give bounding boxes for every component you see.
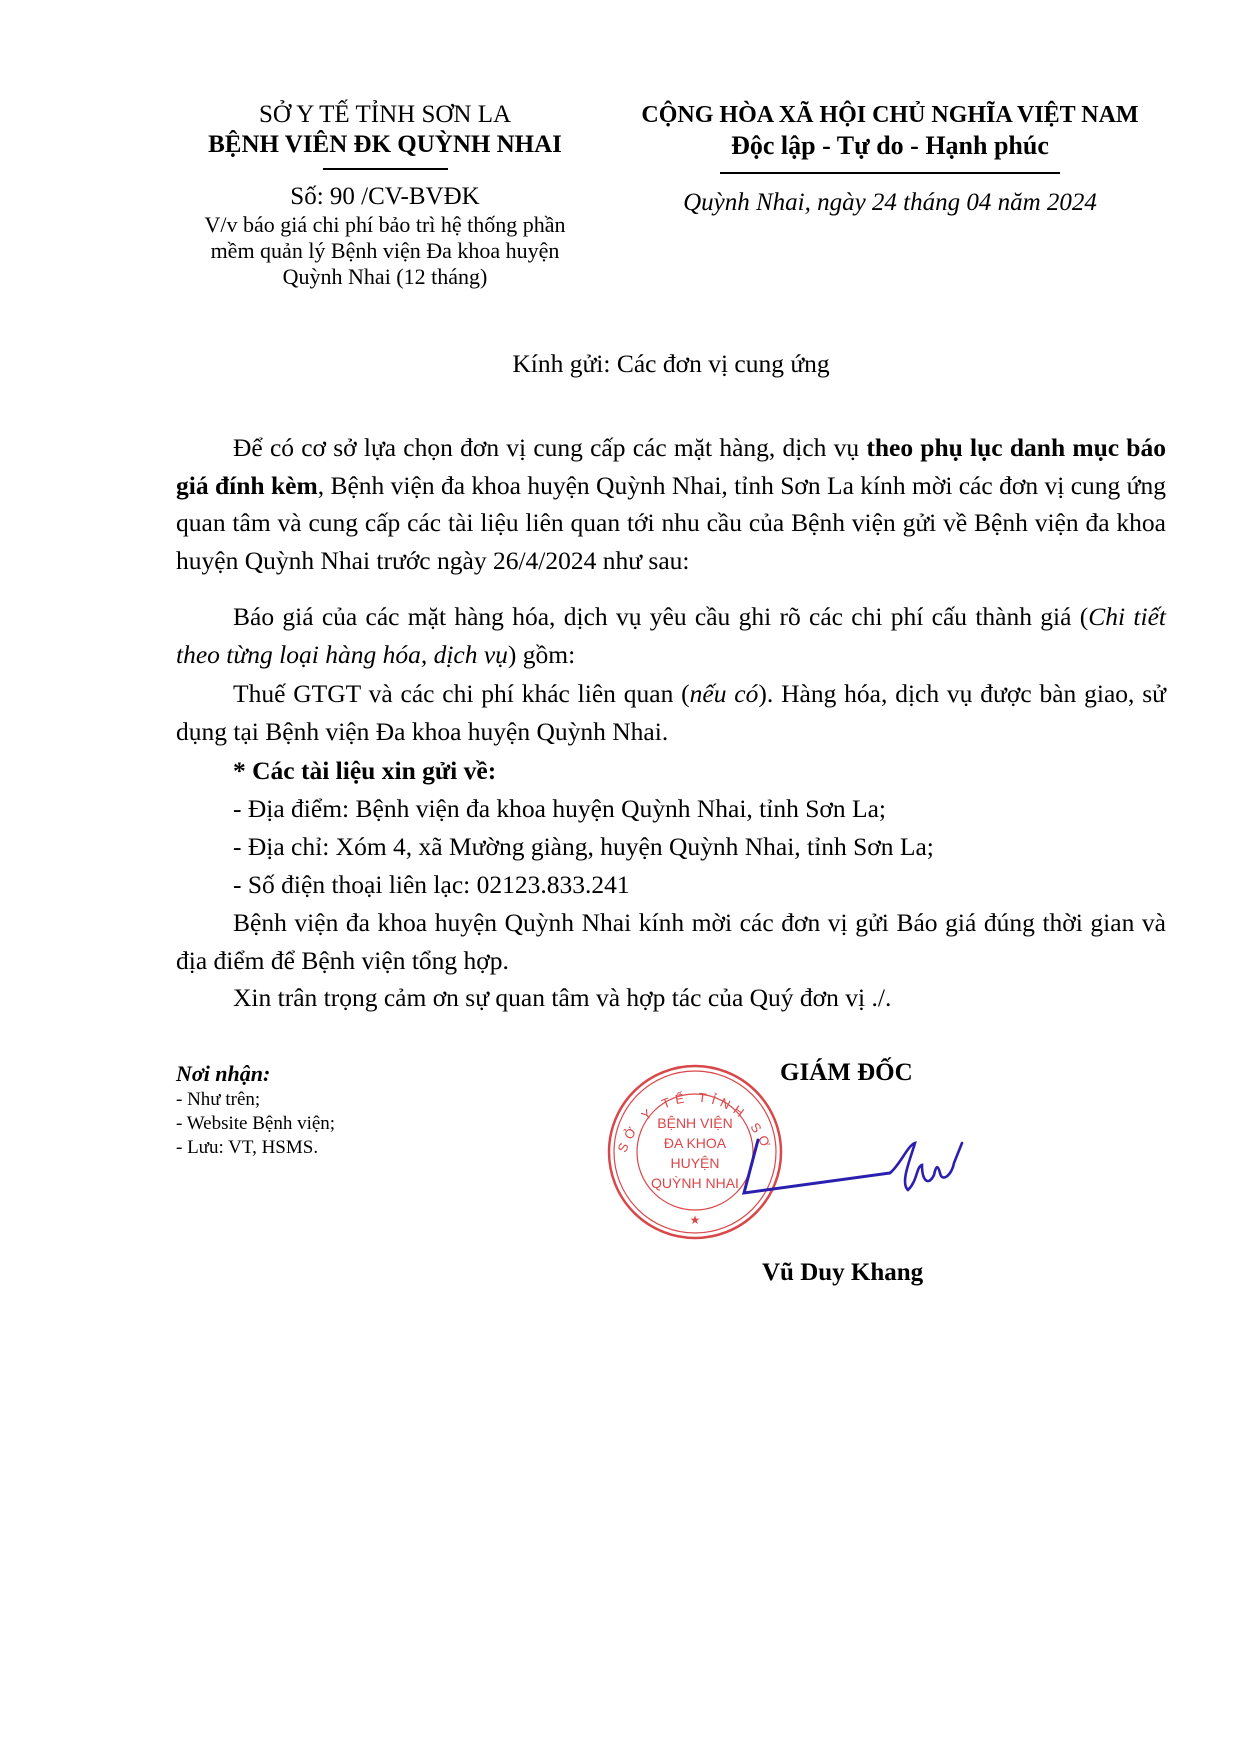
national-motto: Độc lập - Tự do - Hạnh phúc (620, 130, 1160, 162)
documents-heading: * Các tài liệu xin gửi về: (233, 752, 496, 790)
subject-line: Quỳnh Nhai (12 tháng) (150, 264, 620, 290)
svg-text:QUỲNH NHAI: QUỲNH NHAI (651, 1175, 739, 1191)
hospital-name: BỆNH VIÊN ĐK QUỲNH NHAI (150, 130, 620, 160)
recipient-item: - Lưu: VT, HSMS. (176, 1136, 335, 1160)
address-line: - Địa chỉ: Xóm 4, xã Mường giàng, huyện … (233, 828, 934, 866)
salutation: Kính gửi: Các đơn vị cung ứng (176, 348, 1166, 380)
location-line: - Địa điểm: Bệnh viện đa khoa huyện Quỳn… (233, 790, 886, 828)
signer-name: Vũ Duy Khang (762, 1258, 923, 1288)
paragraph-intro: Để có cơ sở lựa chọn đơn vị cung cấp các… (176, 429, 1166, 579)
document-number: Số: 90 /CV-BVĐK (150, 182, 620, 212)
svg-text:★: ★ (690, 1213, 701, 1227)
signer-position: GIÁM ĐỐC (780, 1058, 913, 1088)
text: Thuế GTGT và các chi phí khác liên quan … (233, 679, 690, 708)
svg-text:BỆNH VIỆN: BỆNH VIỆN (657, 1115, 732, 1131)
recipients-block: Nơi nhận: - Như trên; - Website Bệnh việ… (176, 1060, 335, 1160)
closing-line: Xin trân trọng cảm ơn sự quan tâm và hợp… (233, 979, 891, 1017)
paragraph-invitation: Bệnh viện đa khoa huyện Quỳnh Nhai kính … (176, 904, 1166, 979)
text: , Bệnh viện đa khoa huyện Quỳnh Nhai, tỉ… (176, 471, 1166, 575)
text: Để có cơ sở lựa chọn đơn vị cung cấp các… (233, 433, 866, 462)
issuing-agency-block: SỞ Y TẾ TỈNH SƠN LA BỆNH VIÊN ĐK QUỲNH N… (150, 100, 620, 290)
agency-name: SỞ Y TẾ TỈNH SƠN LA (150, 100, 620, 130)
recipients-title: Nơi nhận: (176, 1060, 335, 1088)
nation-name: CỘNG HÒA XÃ HỘI CHỦ NGHĨA VIỆT NAM (620, 100, 1160, 130)
text: ) gồm: (508, 640, 575, 669)
paragraph-quote-requirements: Báo giá của các mặt hàng hóa, dịch vụ yê… (176, 598, 1166, 673)
divider (323, 168, 448, 170)
text: Báo giá của các mặt hàng hóa, dịch vụ yê… (233, 602, 1088, 631)
phone-line: - Số điện thoại liên lạc: 02123.833.241 (233, 866, 630, 904)
paragraph-vat: Thuế GTGT và các chi phí khác liên quan … (176, 675, 1166, 750)
national-header-block: CỘNG HÒA XÃ HỘI CHỦ NGHĨA VIỆT NAM Độc l… (620, 100, 1160, 218)
subject-line: mềm quản lý Bệnh viện Đa khoa huyện (150, 238, 620, 264)
subject-line: V/v báo giá chi phí bảo trì hệ thống phầ… (150, 212, 620, 238)
recipient-item: - Như trên; (176, 1088, 335, 1112)
italic-note: nếu có (690, 679, 759, 708)
svg-text:ĐA KHOA: ĐA KHOA (664, 1135, 727, 1151)
place-date: Quỳnh Nhai, ngày 24 tháng 04 năm 2024 (620, 188, 1160, 218)
divider (720, 172, 1060, 174)
recipient-item: - Website Bệnh viện; (176, 1112, 335, 1136)
svg-text:HUYỆN: HUYỆN (670, 1155, 719, 1171)
signature-icon (740, 1135, 990, 1210)
subject: V/v báo giá chi phí bảo trì hệ thống phầ… (150, 212, 620, 290)
